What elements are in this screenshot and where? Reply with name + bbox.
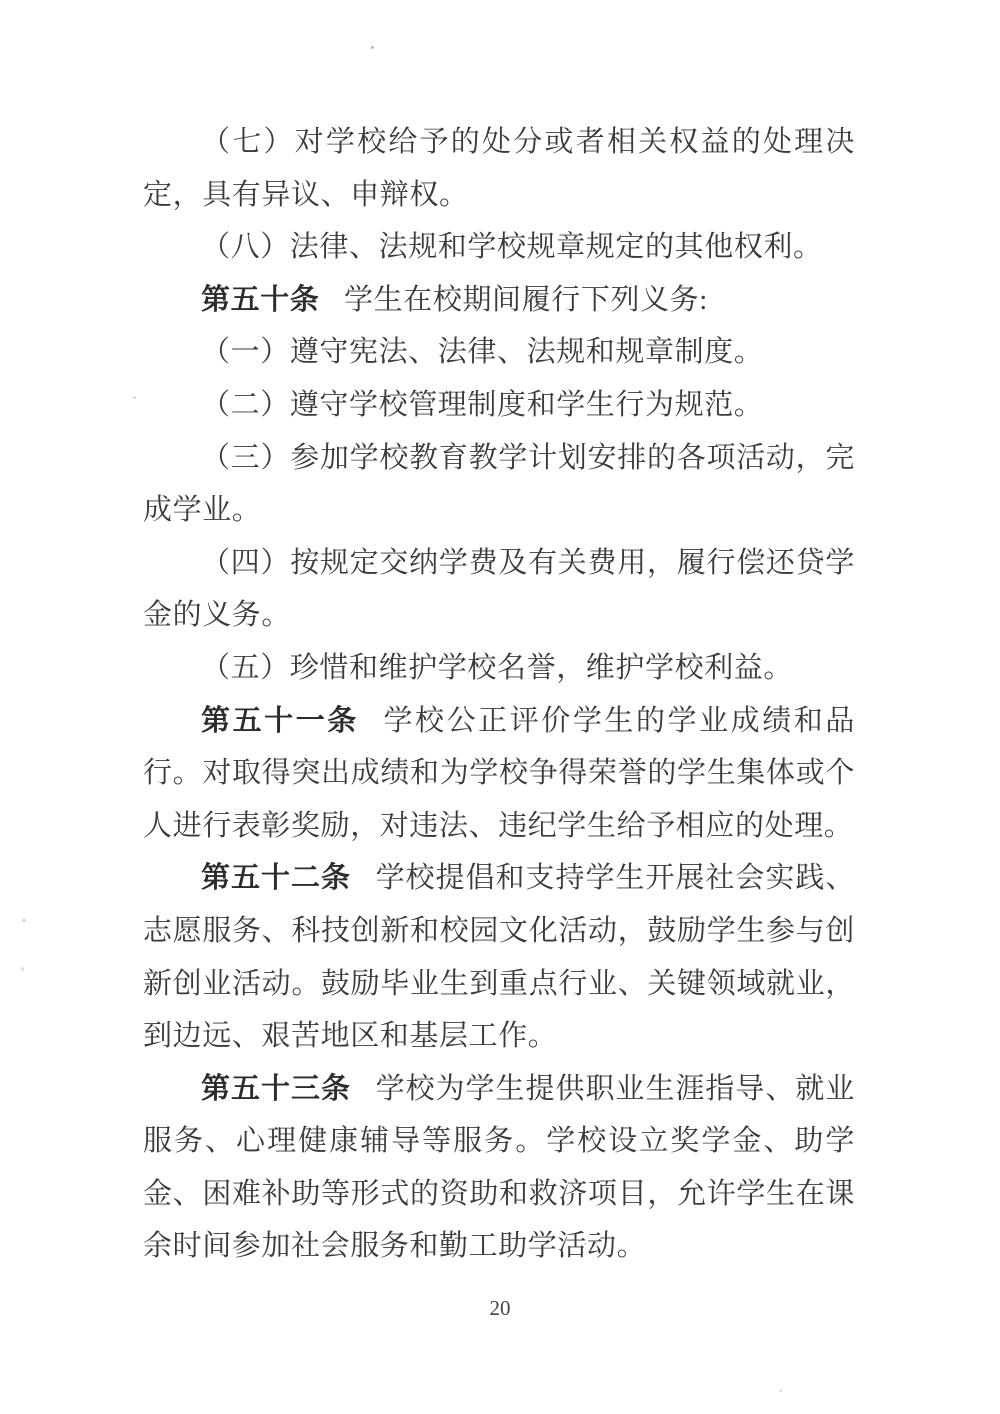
paragraph: （三）参加学校教育教学计划安排的各项活动，完成学业。 (143, 432, 855, 537)
page-number: 20 (0, 1296, 1000, 1321)
paragraph-text: 学生在校期间履行下列义务: (344, 284, 708, 316)
scan-speck (21, 967, 24, 971)
scan-speck (22, 919, 26, 922)
scan-speck (584, 1243, 587, 1245)
paragraph-text: （五）珍惜和维护学校名誉，维护学校利益。 (201, 652, 793, 684)
paragraph: 第五十三条学校为学生提供职业生涯指导、就业服务、心理健康辅导等服务。学校设立奖学… (143, 1063, 855, 1273)
paragraph: （二）遵守学校管理制度和学生行为规范。 (143, 379, 855, 432)
paragraph: （一）遵守宪法、法律、法规和规章制度。 (143, 326, 855, 379)
article-number: 第五十三条 (201, 1073, 351, 1105)
scan-speck (371, 46, 374, 49)
article-number: 第五十条 (201, 284, 319, 316)
article-number: 第五十一条 (201, 705, 359, 737)
paragraph: （八）法律、法规和学校规章规定的其他权利。 (143, 221, 855, 274)
paragraph-text: （二）遵守学校管理制度和学生行为规范。 (201, 389, 763, 421)
paragraph: （四）按规定交纳学费及有关费用，履行偿还贷学金的义务。 (143, 537, 855, 642)
paragraph-text: （八）法律、法规和学校规章规定的其他权利。 (201, 231, 823, 263)
scan-speck (779, 1389, 782, 1392)
article-number: 第五十二条 (201, 862, 351, 894)
paragraph-text: （一）遵守宪法、法律、法规和规章制度。 (201, 336, 763, 368)
paragraph: 第五十二条学校提倡和支持学生开展社会实践、志愿服务、科技创新和校园文化活动，鼓励… (143, 852, 855, 1062)
paragraph: 第五十一条学校公正评价学生的学业成绩和品行。对取得突出成绩和为学校争得荣誉的学生… (143, 695, 855, 853)
paragraph: 第五十条学生在校期间履行下列义务: (143, 274, 855, 327)
paragraph-text: （七）对学校给予的处分或者相关权益的处理决定，具有异议、申辩权。 (143, 126, 855, 211)
document-body: （七）对学校给予的处分或者相关权益的处理决定，具有异议、申辩权。 （八）法律、法… (143, 116, 855, 1273)
paragraph: （五）珍惜和维护学校名誉，维护学校利益。 (143, 642, 855, 695)
paragraph: （七）对学校给予的处分或者相关权益的处理决定，具有异议、申辩权。 (143, 116, 855, 221)
paragraph-text: （三）参加学校教育教学计划安排的各项活动，完成学业。 (143, 442, 855, 527)
document-page: （七）对学校给予的处分或者相关权益的处理决定，具有异议、申辩权。 （八）法律、法… (0, 0, 1000, 1414)
paragraph-text: （四）按规定交纳学费及有关费用，履行偿还贷学金的义务。 (143, 547, 855, 632)
scan-speck (133, 396, 136, 399)
